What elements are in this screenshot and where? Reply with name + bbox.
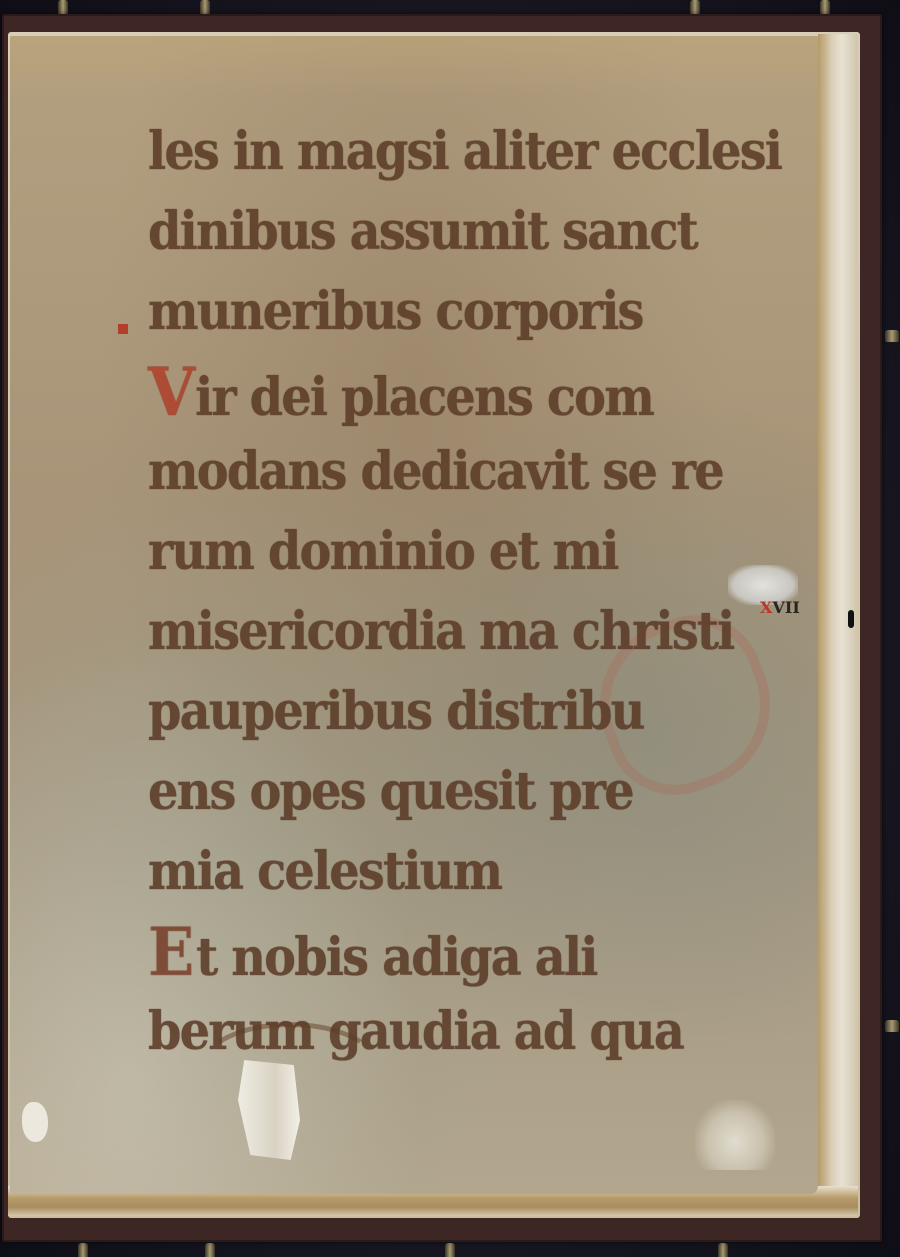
text-line: berum gaudia ad qua xyxy=(148,992,718,1072)
folio-number: XVII xyxy=(760,598,800,617)
frame-peg xyxy=(718,1243,728,1257)
frame-peg xyxy=(885,1020,899,1032)
text-line: muneribus corporis xyxy=(148,272,718,352)
text-line: pauperibus distribu xyxy=(148,672,718,752)
manuscript-text: les in magsi aliter ecclesi dinibus assu… xyxy=(148,112,768,1072)
folio-black-numeral: VII xyxy=(772,598,799,617)
frame-peg xyxy=(885,330,899,342)
faded-initial: E xyxy=(148,913,192,991)
illuminated-initial: V xyxy=(148,353,193,431)
text-line: Et nobis adiga ali xyxy=(148,912,718,992)
text-line: Vir dei placens com xyxy=(148,352,718,432)
text-line: dinibus assumit sanct xyxy=(148,192,718,272)
clasp-pin xyxy=(848,610,854,628)
water-stain xyxy=(10,36,818,96)
frame-peg xyxy=(445,1243,455,1257)
text-line: les in magsi aliter ecclesi xyxy=(148,112,718,192)
frame-peg xyxy=(205,1243,215,1257)
damaged-corner xyxy=(695,1100,775,1170)
text-line: mia celestium xyxy=(148,832,718,912)
rubric-mark xyxy=(118,324,128,334)
folio-red-numeral: X xyxy=(760,598,772,617)
text-line: rum dominio et mi xyxy=(148,512,718,592)
frame-peg xyxy=(78,1243,88,1257)
text-line: ens opes quesit pre xyxy=(148,752,718,832)
text-line: modans dedicavit se re xyxy=(148,432,718,512)
parchment-hole xyxy=(22,1102,48,1142)
text-line: misericordia ma christi xyxy=(148,592,718,672)
